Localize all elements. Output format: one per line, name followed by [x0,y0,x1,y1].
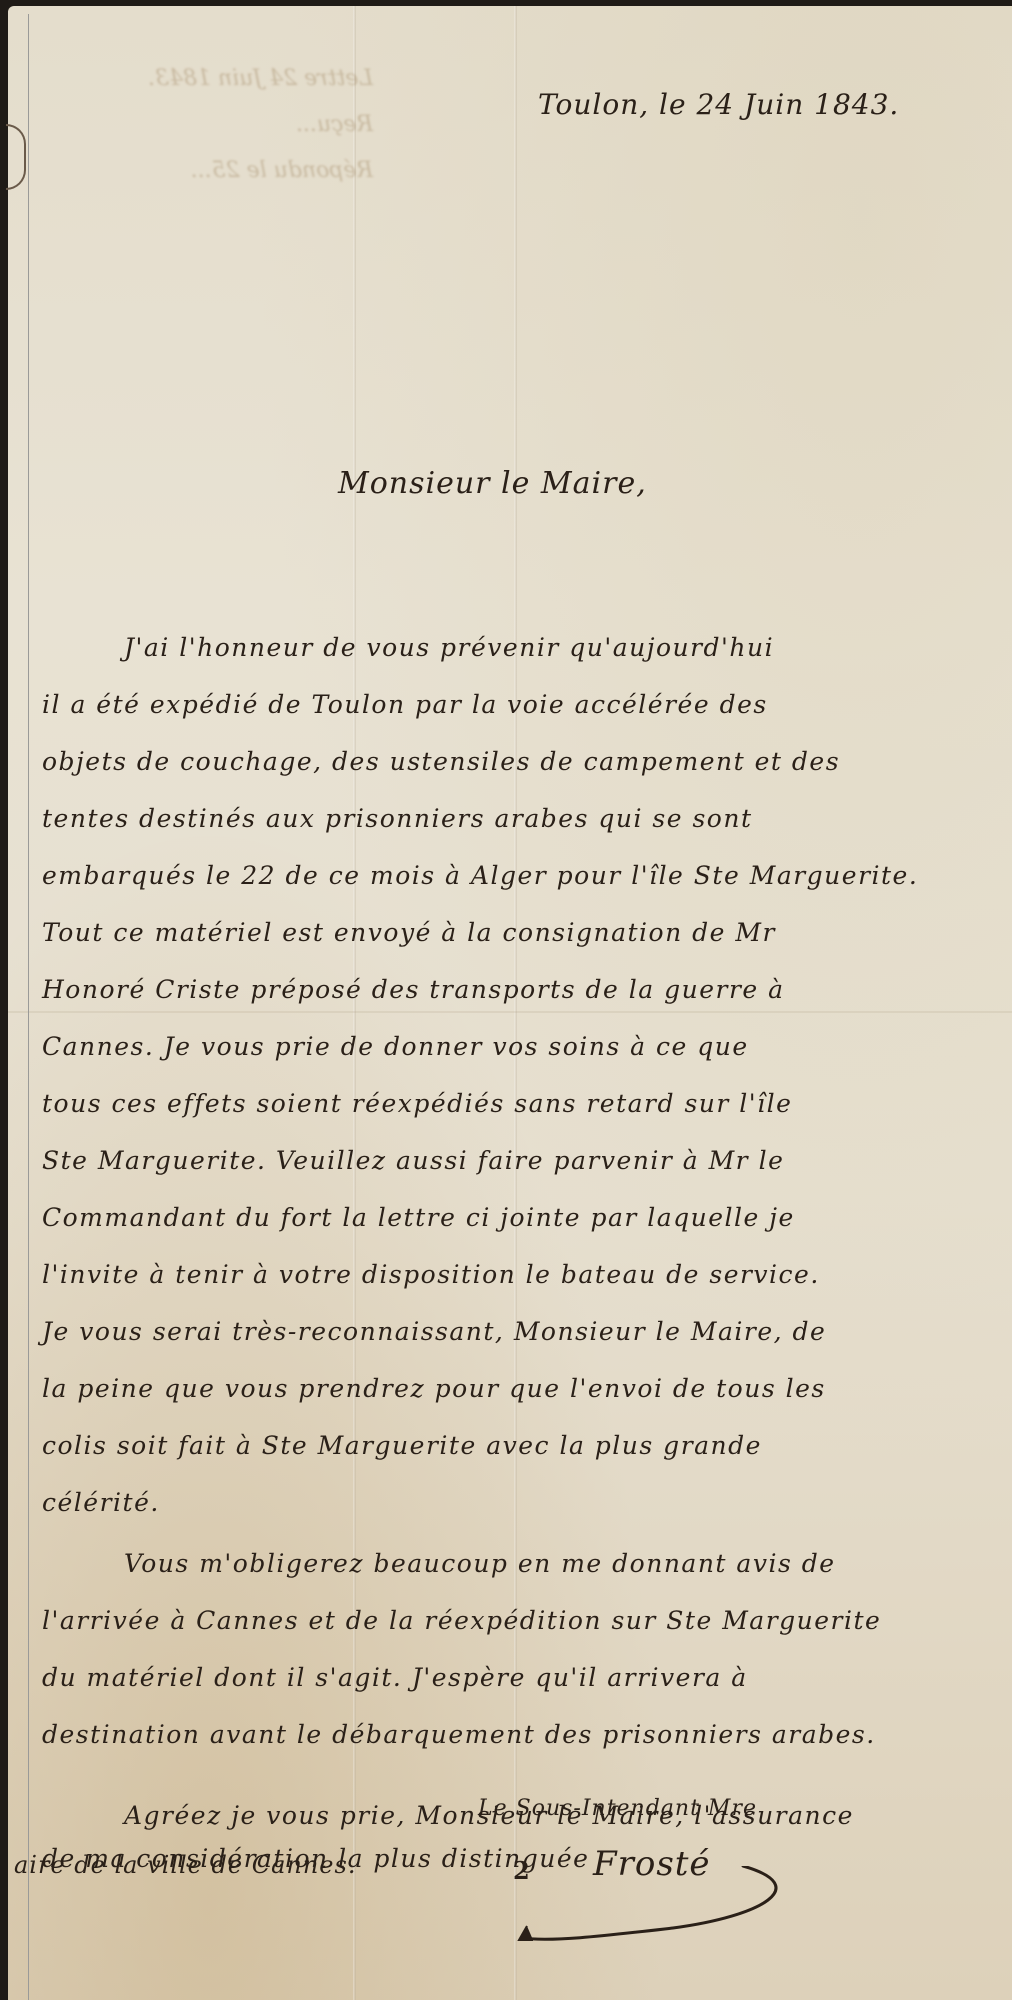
body-line: Je vous serai très-reconnaissant, Monsie… [42,1312,1002,1369]
salutation: Monsieur le Maire, [338,466,647,501]
body-line: il a été expédié de Toulon par la voie a… [42,685,1002,742]
addressee-line: aire de la ville de Cannes. [14,1851,356,1879]
body-line: Cannes. Je vous prie de donner vos soins… [42,1027,1002,1084]
paragraph2-line: l'arrivée à Cannes et de la réexpédition… [42,1601,1002,1658]
body-line: Honoré Criste préposé des transports de … [42,970,1002,1027]
body-line: embarqués le 22 de ce mois à Alger pour … [42,856,1002,913]
binding-mark-icon [6,124,26,190]
bleed-through-text: Lettre 24 Juin 1843. Reçu... Répondu le … [148,56,373,194]
body-line: Commandant du fort la lettre ci jointe p… [42,1198,1002,1255]
letter-body: J'ai l'honneur de vous prévenir qu'aujou… [42,628,1002,1896]
body-line: tous ces effets soient réexpédiés sans r… [42,1084,1002,1141]
paragraph2-line: destination avant le débarquement des pr… [42,1715,1002,1772]
body-line: objets de couchage, des ustensiles de ca… [42,742,1002,799]
body-line: Ste Marguerite. Veuillez aussi faire par… [42,1141,1002,1198]
paragraph2-line: du matériel dont il s'agit. J'espère qu'… [42,1658,1002,1715]
body-line: colis soit fait à Ste Marguerite avec la… [42,1426,1002,1483]
body-line: célérité. [42,1483,1002,1540]
body-line: l'invite à tenir à votre disposition le … [42,1255,1002,1312]
body-line: Tout ce matériel est envoyé à la consign… [42,913,1002,970]
body-line: la peine que vous prendrez pour que l'en… [42,1369,1002,1426]
letter-paper: Lettre 24 Juin 1843. Reçu... Répondu le … [8,6,1012,2000]
body-line: J'ai l'honneur de vous prévenir qu'aujou… [42,628,1002,685]
body-line: tentes destinés aux prisonniers arabes q… [42,799,1002,856]
date-line: Toulon, le 24 Juin 1843. [538,88,899,121]
margin-line [28,14,29,2000]
signoff-title: Le Sous-Intendant Mre [478,1796,757,1821]
paragraph2-line: Vous m'obligerez beaucoup en me donnant … [42,1544,1002,1601]
signature-flourish-icon [513,1866,813,1946]
